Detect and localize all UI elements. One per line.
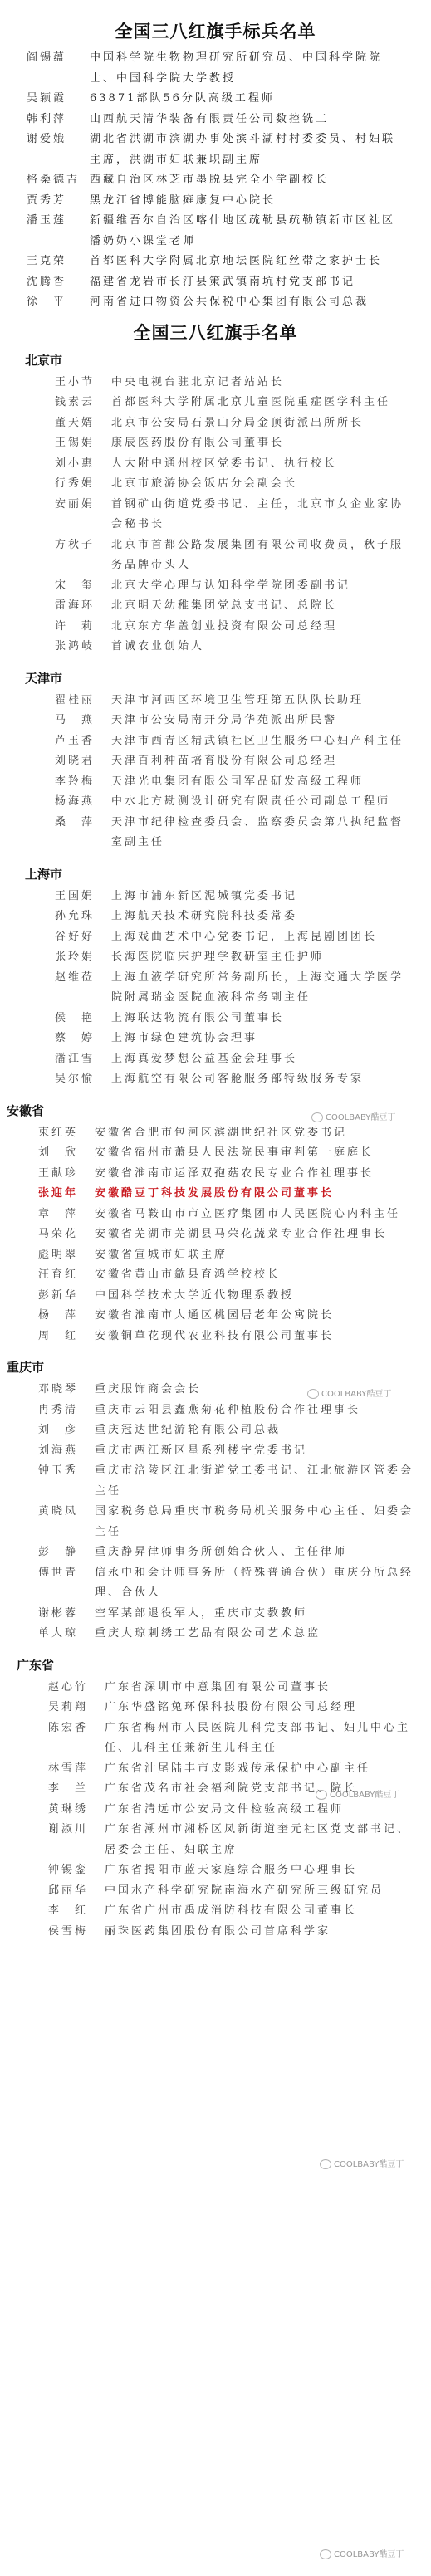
person-title: 北京明天幼稚集团党总支书记、总院长 [111, 596, 416, 617]
person-name: 彭 静 [38, 1542, 95, 1563]
wechat-icon [307, 1389, 319, 1399]
wechat-icon [311, 1112, 323, 1122]
list-item: 沈腾香福建省龙岩市长汀县策武镇南坑村党支部书记 [0, 272, 431, 293]
list-item: 邱丽华中国水产科学研究院南海水产研究所三级研究员 [0, 1881, 431, 1902]
person-name: 许 莉 [55, 617, 111, 638]
person-name: 宋 玺 [55, 576, 111, 597]
list-item: 潘江雪上海真爱梦想公益基金会理事长 [0, 1049, 431, 1070]
person-title: 北京市首都公路发展集团有限公司收费员，秋子服务品牌带头人 [111, 535, 416, 576]
honor-section: 全国三八红旗手标兵名单 阎锡蕴中国科学院生物物理研究所研究员、中国科学院院士、中… [0, 0, 431, 313]
person-title: 广东省潮州市湘桥区凤新街道奎元社区党支部书记、居委会主任、妇联主席 [105, 1820, 416, 1860]
person-title: 广东省清远市公安局文件检验高级工程师 [105, 1800, 416, 1821]
person-name: 彭新华 [38, 1286, 95, 1307]
list-item: 马 燕天津市公安局南开分局华苑派出所民警 [0, 711, 431, 731]
wechat-icon [316, 1790, 327, 1800]
province-section: 北京市王小节中央电视台驻北京记者站站长钱素云首都医科大学附属北京儿童医院重症医学… [0, 348, 431, 657]
list-item: 周 红安徽铜草花现代农业科技有限公司董事长 [0, 1327, 431, 1347]
person-name: 张迎年 [38, 1184, 95, 1205]
person-title: 广东省汕尾陆丰市皮影戏传承保护中心副主任 [105, 1759, 416, 1780]
person-name: 钱素云 [55, 393, 111, 413]
person-title: 安徽铜草花现代农业科技有限公司董事长 [95, 1327, 416, 1347]
person-title: 国家税务总局重庆市税务局机关服务中心主任、妇委会主任 [95, 1502, 416, 1542]
person-title: 安徽省淮南市大通区桃园居老年公寓院长 [95, 1306, 416, 1327]
watermark: COOLBABY酷豆丁 [311, 1110, 395, 1122]
person-name: 章 萍 [38, 1205, 95, 1225]
person-title: 重庆冠达世纪游轮有限公司总裁 [95, 1420, 416, 1441]
watermark: COOLBABY酷豆丁 [320, 2547, 404, 2559]
watermark: COOLBABY酷豆丁 [316, 1787, 399, 1800]
list-item: 彭 静重庆静昇律师事务所创始合伙人、主任律师 [0, 1542, 431, 1563]
person-name: 王克荣 [27, 252, 90, 272]
list-item: 刘晓君天津百利种苗培育股份有限公司总经理 [0, 751, 431, 772]
person-title: 北京市旅游协会饭店分会副会长 [111, 474, 416, 495]
honor-list-title: 全国三八红旗手标兵名单 [0, 0, 431, 48]
person-name: 安丽娟 [55, 495, 111, 516]
list-item: 傅世青信永中和会计师事务所（特殊普通合伙）重庆分所总经理、合伙人 [0, 1563, 431, 1604]
province-heading: 北京市 [0, 348, 431, 373]
person-name: 王国娟 [55, 887, 111, 907]
person-name: 谢爱娥 [27, 130, 90, 150]
person-title: 安徽省芜湖市芜湖县马荣花蔬菜专业合作社理事长 [95, 1224, 416, 1245]
list-item: 刘海燕重庆市两江新区星系列楼宇党委书记 [0, 1441, 431, 1462]
honor-entries: 阎锡蕴中国科学院生物物理研究所研究员、中国科学院院士、中国科学院大学教授吴颖霞6… [0, 48, 431, 313]
list-item: 阎锡蕴中国科学院生物物理研究所研究员、中国科学院院士、中国科学院大学教授 [0, 48, 431, 89]
list-item: 杨 萍安徽省淮南市大通区桃园居老年公寓院长 [0, 1306, 431, 1327]
list-item: 刘 欣安徽省宿州市萧县人民法院民事审判第一庭庭长 [0, 1143, 431, 1164]
list-item: 钱素云首都医科大学附属北京儿童医院重症医学科主任 [0, 393, 431, 413]
person-title: 重庆市云阳县鑫燕菊花种植股份合作社理事长 [95, 1400, 416, 1421]
list-item: 王克荣首都医科大学附属北京地坛医院红丝带之家护士长 [0, 252, 431, 272]
list-item: 黄琳绣广东省清远市公安局文件检验高级工程师 [0, 1800, 431, 1821]
person-title: 上海联达物流有限公司董事长 [111, 1009, 416, 1029]
person-title: 山西航天清华装备有限责任公司数控铣工 [90, 110, 406, 130]
list-item: 安丽娟首钢矿山街道党委书记、主任，北京市女企业家协会秘书长 [0, 495, 431, 535]
person-title: 河南省进口物资公共保税中心集团有限公司总裁 [90, 292, 406, 313]
person-name: 翟桂丽 [55, 691, 111, 711]
list-item: 张鸿岐首诚农业创始人 [0, 637, 431, 657]
list-item: 韩利萍山西航天清华装备有限责任公司数控铣工 [0, 110, 431, 130]
list-item: 马荣花安徽省芜湖市芜湖县马荣花蔬菜专业合作社理事长 [0, 1224, 431, 1245]
person-title: 中水北方勘测设计研究有限责任公司副总工程师 [111, 792, 416, 813]
person-name: 马 燕 [55, 711, 111, 731]
person-title: 安徽酷豆丁科技发展股份有限公司董事长 [95, 1184, 416, 1205]
person-title: 上海航天技术研究院科技委常委 [111, 907, 416, 927]
person-title: 人大附中通州校区党委书记、执行校长 [111, 454, 416, 475]
person-title: 广东省深圳市中意集团有限公司董事长 [105, 1678, 416, 1699]
person-title: 重庆市两江新区星系列楼宇党委书记 [95, 1441, 416, 1462]
person-title: 康辰医药股份有限公司董事长 [111, 433, 416, 454]
person-name: 桑 萍 [55, 813, 111, 833]
list-item: 雷海环北京明天幼稚集团党总支书记、总院长 [0, 596, 431, 617]
list-item: 赵维莅上海血液学研究所常务副所长，上海交通大学医学院附属瑞金医院血液科常务副主任 [0, 968, 431, 1009]
person-title: 重庆大琼刺绣工艺品有限公司艺术总监 [95, 1624, 416, 1645]
list-item: 章 萍安徽省马鞍山市市立医疗集团市人民医院心内科主任 [0, 1205, 431, 1225]
person-name: 蔡 婷 [55, 1029, 111, 1049]
list-item: 徐 平河南省进口物资公共保税中心集团有限公司总裁 [0, 292, 431, 313]
person-name: 吴尔愉 [55, 1069, 111, 1090]
person-name: 单大琼 [38, 1624, 95, 1645]
main-section: 全国三八红旗手名单 北京市王小节中央电视台驻北京记者站站长钱素云首都医科大学附属… [0, 313, 431, 1943]
list-item: 黄晓凤国家税务总局重庆市税务局机关服务中心主任、妇委会主任 [0, 1502, 431, 1542]
person-title: 中国科学院生物物理研究所研究员、中国科学院院士、中国科学院大学教授 [90, 48, 406, 89]
person-name: 彪明翠 [38, 1245, 95, 1266]
list-item: 李 红广东省广州市禹成消防科技有限公司董事长 [0, 1901, 431, 1922]
person-title: 重庆静昇律师事务所创始合伙人、主任律师 [95, 1542, 416, 1563]
list-item: 钟锡銮广东省揭阳市蓝天家庭综合服务中心理事长 [0, 1860, 431, 1881]
list-item: 贾秀芳黑龙江省博能脑瘫康复中心院长 [0, 191, 431, 212]
person-name: 徐 平 [27, 292, 90, 313]
person-name: 赵心竹 [48, 1678, 105, 1699]
person-name: 周 红 [38, 1327, 95, 1347]
person-name: 邓晓琴 [38, 1380, 95, 1400]
province-heading: 重庆市 [0, 1355, 431, 1380]
person-name: 傅世青 [38, 1563, 95, 1584]
person-title: 安徽省淮南市运泽双孢菇农民专业合作社理事长 [95, 1164, 416, 1185]
province-section: 天津市翟桂丽天津市河西区环境卫生管理第五队队长助理马 燕天津市公安局南开分局华苑… [0, 657, 431, 853]
province-section: 上海市王国娟上海市浦东新区泥城镇党委书记孙允珠上海航天技术研究院科技委常委谷好好… [0, 853, 431, 1090]
person-title: 63871部队56分队高级工程师 [90, 89, 406, 110]
list-item: 王锡娟康辰医药股份有限公司董事长 [0, 433, 431, 454]
person-title: 黑龙江省博能脑瘫康复中心院长 [90, 191, 406, 212]
list-item: 谢爱娥湖北省洪湖市滨湖办事处滨斗湖村村委委员、村妇联主席，洪湖市妇联兼职副主席 [0, 130, 431, 170]
main-list-title: 全国三八红旗手名单 [0, 313, 431, 348]
person-name: 杨海燕 [55, 792, 111, 813]
list-item: 芦玉香天津市西青区精武镇社区卫生服务中心妇产科主任 [0, 731, 431, 752]
person-name: 吴颖霞 [27, 89, 90, 110]
person-name: 李 兰 [48, 1779, 105, 1800]
list-item: 冉秀清重庆市云阳县鑫燕菊花种植股份合作社理事长 [0, 1400, 431, 1421]
person-name: 韩利萍 [27, 110, 90, 130]
person-name: 孙允珠 [55, 907, 111, 927]
list-item: 谢彬蓉空军某部退役军人，重庆市支教教师 [0, 1604, 431, 1625]
person-name: 谷好好 [55, 927, 111, 948]
list-item: 格桑德吉西藏自治区林芝市墨脱县完全小学副校长 [0, 170, 431, 191]
watermark: COOLBABY酷豆丁 [307, 1386, 391, 1399]
person-name: 潘玉莲 [27, 211, 90, 232]
list-item: 吴莉翔广东华盛铭兔环保科技股份有限公司总经理 [0, 1698, 431, 1718]
person-name: 雷海环 [55, 596, 111, 617]
person-title: 北京东方华盖创业投资有限公司总经理 [111, 617, 416, 638]
person-title: 安徽省合肥市包河区滨湖世纪社区党委书记 [95, 1123, 416, 1144]
person-title: 首都医科大学附属北京儿童医院重症医学科主任 [111, 393, 416, 413]
person-title: 广东省广州市禹成消防科技有限公司董事长 [105, 1901, 416, 1922]
list-item: 林雪萍广东省汕尾陆丰市皮影戏传承保护中心副主任 [0, 1759, 431, 1780]
person-title: 上海市绿色建筑协会理事 [111, 1029, 416, 1049]
person-name: 王小节 [55, 373, 111, 393]
person-name: 李羚梅 [55, 772, 111, 793]
person-name: 刘 欣 [38, 1143, 95, 1164]
list-item: 王小节中央电视台驻北京记者站站长 [0, 373, 431, 393]
person-title: 首钢矿山街道党委书记、主任，北京市女企业家协会秘书长 [111, 495, 416, 535]
person-title: 上海血液学研究所常务副所长，上海交通大学医学院附属瑞金医院血液科常务副主任 [111, 968, 416, 1009]
list-item: 孙允珠上海航天技术研究院科技委常委 [0, 907, 431, 927]
person-title: 首诚农业创始人 [111, 637, 416, 657]
list-item: 谢淑川广东省潮州市湘桥区凤新街道奎元社区党支部书记、居委会主任、妇联主席 [0, 1820, 431, 1860]
list-item: 行秀娟北京市旅游协会饭店分会副会长 [0, 474, 431, 495]
list-item: 宋 玺北京大学心理与认知科学学院团委副书记 [0, 576, 431, 597]
spacer [0, 853, 431, 862]
list-item: 桑 萍天津市纪律检查委员会、监察委员会第八执纪监督室副主任 [0, 813, 431, 853]
list-item: 谷好好上海戏曲艺术中心党委书记，上海昆剧团团长 [0, 927, 431, 948]
person-title: 天津市西青区精武镇社区卫生服务中心妇产科主任 [111, 731, 416, 752]
person-title: 西藏自治区林芝市墨脱县完全小学副校长 [90, 170, 406, 191]
list-item: 许 莉北京东方华盖创业投资有限公司总经理 [0, 617, 431, 638]
list-item: 汪育红安徽省黄山市歙县育鸿学校校长 [0, 1265, 431, 1286]
person-title: 北京市公安局石景山分局金顶街派出所所长 [111, 413, 416, 434]
person-title: 信永中和会计师事务所（特殊普通合伙）重庆分所总经理、合伙人 [95, 1563, 416, 1604]
person-title: 福建省龙岩市长汀县策武镇南坑村党支部书记 [90, 272, 406, 293]
person-title: 长海医院临床护理学教研室主任护师 [111, 947, 416, 968]
person-name: 钟玉秀 [38, 1461, 95, 1482]
person-name: 谢彬蓉 [38, 1604, 95, 1625]
person-title: 首都医科大学附属北京地坛医院红丝带之家护士长 [90, 252, 406, 272]
person-title: 上海戏曲艺术中心党委书记，上海昆剧团团长 [111, 927, 416, 948]
province-blocks: 北京市王小节中央电视台驻北京记者站站长钱素云首都医科大学附属北京儿童医院重症医学… [0, 348, 431, 1943]
person-title: 天津市纪律检查委员会、监察委员会第八执纪监督室副主任 [111, 813, 416, 853]
list-item: 王国娟上海市浦东新区泥城镇党委书记 [0, 887, 431, 907]
person-name: 王献珍 [38, 1164, 95, 1185]
document-page: 全国三八红旗手标兵名单 阎锡蕴中国科学院生物物理研究所研究员、中国科学院院士、中… [0, 0, 431, 1942]
person-title: 广东华盛铭兔环保科技股份有限公司总经理 [105, 1698, 416, 1718]
list-item: 吴颖霞63871部队56分队高级工程师 [0, 89, 431, 110]
person-name: 芦玉香 [55, 731, 111, 752]
person-name: 沈腾香 [27, 272, 90, 293]
list-item: 钟玉秀重庆市涪陵区江北街道党工委书记、江北旅游区管委会主任 [0, 1461, 431, 1502]
list-item: 彭新华中国科学技术大学近代物理系教授 [0, 1286, 431, 1307]
list-item: 蔡 婷上海市绿色建筑协会理事 [0, 1029, 431, 1049]
person-name: 方秋子 [55, 535, 111, 556]
list-item: 吴尔愉上海航空有限公司客舱服务部特级服务专家 [0, 1069, 431, 1090]
person-title: 重庆市涪陵区江北街道党工委书记、江北旅游区管委会主任 [95, 1461, 416, 1502]
province-heading: 上海市 [0, 862, 431, 887]
list-item: 李羚梅天津光电集团有限公司军品研发高级工程师 [0, 772, 431, 793]
list-item: 潘玉莲新疆维吾尔自治区喀什地区疏勒县疏勒镇新市区社区潘奶奶小课堂老师 [0, 211, 431, 252]
spacer [0, 1090, 431, 1098]
person-title: 安徽省黄山市歙县育鸿学校校长 [95, 1265, 416, 1286]
province-section: 安徽省束红英安徽省合肥市包河区滨湖世纪社区党委书记刘 欣安徽省宿州市萧县人民法院… [0, 1090, 431, 1347]
spacer [0, 657, 431, 666]
person-name: 杨 萍 [38, 1306, 95, 1327]
list-item: 单大琼重庆大琼刺绣工艺品有限公司艺术总监 [0, 1624, 431, 1645]
person-title: 天津市公安局南开分局华苑派出所民警 [111, 711, 416, 731]
person-name: 侯雪梅 [48, 1922, 105, 1943]
person-name: 张玲娟 [55, 947, 111, 968]
person-name: 赵维莅 [55, 968, 111, 989]
list-item: 翟桂丽天津市河西区环境卫生管理第五队队长助理 [0, 691, 431, 711]
list-item: 方秋子北京市首都公路发展集团有限公司收费员，秋子服务品牌带头人 [0, 535, 431, 576]
person-name: 李 红 [48, 1901, 105, 1922]
person-name: 马荣花 [38, 1224, 95, 1245]
wechat-icon [320, 2159, 331, 2169]
person-title: 广东省揭阳市蓝天家庭综合服务中心理事长 [105, 1860, 416, 1881]
person-name: 董天婿 [55, 413, 111, 434]
person-name: 刘小惠 [55, 454, 111, 475]
person-name: 阎锡蕴 [27, 48, 90, 69]
person-title: 新疆维吾尔自治区喀什地区疏勒县疏勒镇新市区社区潘奶奶小课堂老师 [90, 211, 406, 252]
person-name: 黄琳绣 [48, 1800, 105, 1821]
list-item: 刘 彦重庆冠达世纪游轮有限公司总裁 [0, 1420, 431, 1441]
person-title: 北京大学心理与认知科学学院团委副书记 [111, 576, 416, 597]
person-title: 上海航空有限公司客舱服务部特级服务专家 [111, 1069, 416, 1090]
person-title: 上海真爱梦想公益基金会理事长 [111, 1049, 416, 1070]
list-item: 杨海燕中水北方勘测设计研究有限责任公司副总工程师 [0, 792, 431, 813]
province-heading: 天津市 [0, 666, 431, 691]
person-title: 安徽省宿州市萧县人民法院民事审判第一庭庭长 [95, 1143, 416, 1164]
list-item: 束红英安徽省合肥市包河区滨湖世纪社区党委书记 [0, 1123, 431, 1144]
spacer [0, 1347, 431, 1355]
person-name: 黄晓凤 [38, 1502, 95, 1523]
person-title: 丽珠医药集团股份有限公司首席科学家 [105, 1922, 416, 1943]
person-title: 广东省梅州市人民医院儿科党支部书记、妇儿中心主任、儿科主任兼新生儿科主任 [105, 1718, 416, 1759]
person-name: 潘江雪 [55, 1049, 111, 1070]
person-name: 汪育红 [38, 1265, 95, 1286]
person-name: 格桑德吉 [27, 170, 90, 191]
person-name: 行秀娟 [55, 474, 111, 495]
person-name: 束红英 [38, 1123, 95, 1144]
wechat-icon [320, 2549, 331, 2559]
person-title: 中央电视台驻北京记者站站长 [111, 373, 416, 393]
person-title: 上海市浦东新区泥城镇党委书记 [111, 887, 416, 907]
person-name: 冉秀清 [38, 1400, 95, 1421]
province-heading: 广东省 [0, 1653, 431, 1678]
person-name: 钟锡銮 [48, 1860, 105, 1881]
list-item: 张玲娟长海医院临床护理学教研室主任护师 [0, 947, 431, 968]
person-name: 刘海燕 [38, 1441, 95, 1462]
person-name: 刘晓君 [55, 751, 111, 772]
spacer [0, 1645, 431, 1653]
person-name: 陈宏香 [48, 1718, 105, 1739]
person-title: 天津光电集团有限公司军品研发高级工程师 [111, 772, 416, 793]
person-title: 安徽省马鞍山市市立医疗集团市人民医院心内科主任 [95, 1205, 416, 1225]
person-title: 中国科学技术大学近代物理系教授 [95, 1286, 416, 1307]
person-name: 谢淑川 [48, 1820, 105, 1840]
person-title: 天津市河西区环境卫生管理第五队队长助理 [111, 691, 416, 711]
person-title: 湖北省洪湖市滨湖办事处滨斗湖村村委委员、村妇联主席，洪湖市妇联兼职副主席 [90, 130, 406, 170]
person-name: 贾秀芳 [27, 191, 90, 212]
person-name: 刘 彦 [38, 1420, 95, 1441]
list-item: 侯雪梅丽珠医药集团股份有限公司首席科学家 [0, 1922, 431, 1943]
person-name: 王锡娟 [55, 433, 111, 454]
list-item: 董天婿北京市公安局石景山分局金顶街派出所所长 [0, 413, 431, 434]
list-item: 彪明翠安徽省宣城市妇联主席 [0, 1245, 431, 1266]
person-title: 中国水产科学研究院南海水产研究所三级研究员 [105, 1881, 416, 1902]
list-item: 侯 艳上海联达物流有限公司董事长 [0, 1009, 431, 1029]
person-name: 张鸿岐 [55, 637, 111, 657]
person-name: 邱丽华 [48, 1881, 105, 1902]
person-name: 林雪萍 [48, 1759, 105, 1780]
person-title: 空军某部退役军人，重庆市支教教师 [95, 1604, 416, 1625]
person-name: 吴莉翔 [48, 1698, 105, 1718]
highlighted-list-item: 张迎年安徽酷豆丁科技发展股份有限公司董事长 [0, 1184, 431, 1205]
person-name: 侯 艳 [55, 1009, 111, 1029]
list-item: 赵心竹广东省深圳市中意集团有限公司董事长 [0, 1678, 431, 1699]
list-item: 刘小惠人大附中通州校区党委书记、执行校长 [0, 454, 431, 475]
person-title: 天津百利种苗培育股份有限公司总经理 [111, 751, 416, 772]
person-title: 安徽省宣城市妇联主席 [95, 1245, 416, 1266]
list-item: 王献珍安徽省淮南市运泽双孢菇农民专业合作社理事长 [0, 1164, 431, 1185]
list-item: 陈宏香广东省梅州市人民医院儿科党支部书记、妇儿中心主任、儿科主任兼新生儿科主任 [0, 1718, 431, 1759]
watermark: COOLBABY酷豆丁 [320, 2157, 404, 2169]
